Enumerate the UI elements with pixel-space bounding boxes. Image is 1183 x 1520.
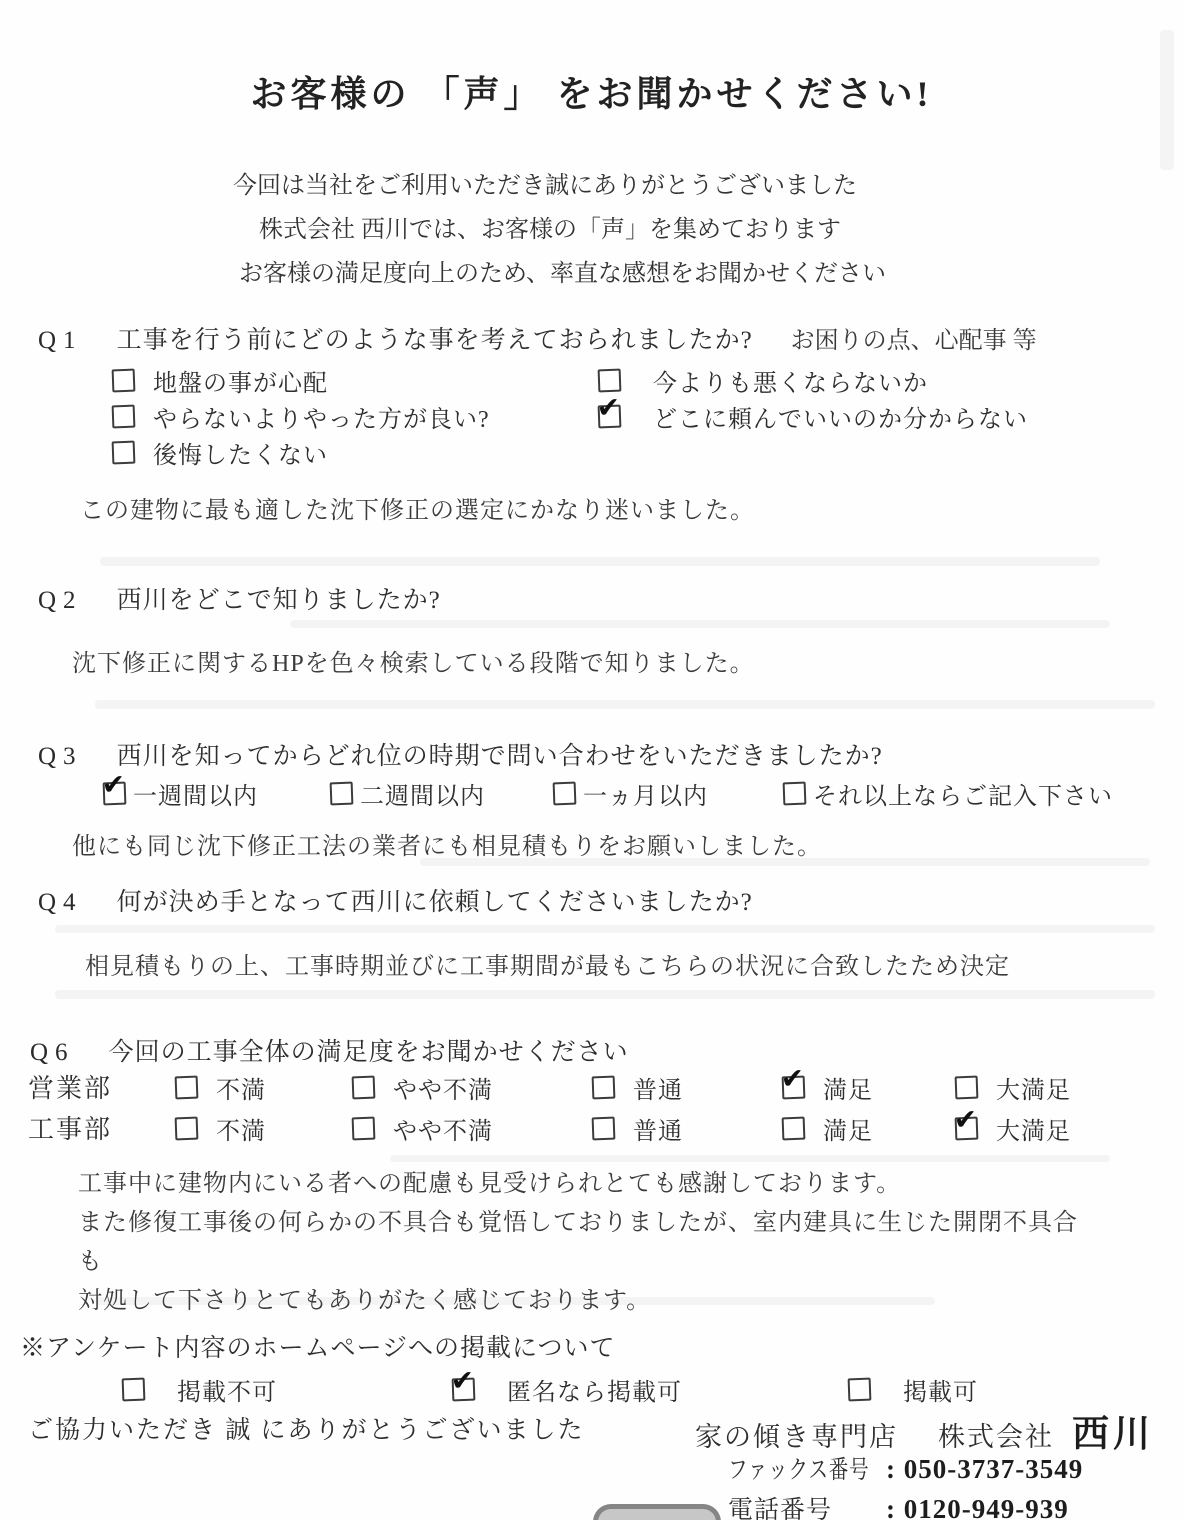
q2-answer: 沈下修正に関するHPを色々検索している段階で知りました。 bbox=[72, 643, 755, 678]
q6-construction-option-neutral: 普通 bbox=[592, 1111, 683, 1146]
q3-option-within-1-week: ✔ 一週間以内 bbox=[103, 776, 258, 811]
q6-construction-option-somewhat-dissatisfied: やや不満 bbox=[352, 1111, 493, 1146]
tel-row: 電話番号 : 0120-949-939 bbox=[728, 1490, 1158, 1520]
q3-question: 西川を知ってからどれ位の時期で問い合わせをいただきましたか? bbox=[117, 743, 883, 770]
q2-header: Q2西川をどこで知りましたか? bbox=[38, 580, 441, 616]
q6-label: Q6 bbox=[30, 1039, 75, 1066]
scan-artifact bbox=[390, 1155, 1110, 1162]
option-label: 不満 bbox=[216, 1070, 266, 1105]
intro-line-2: 株式会社 西川では、お客様の「声」を集めております bbox=[259, 208, 886, 252]
checkbox[interactable] bbox=[352, 1117, 376, 1141]
q3-option-within-1-month: 一ヵ月以内 bbox=[553, 776, 708, 811]
q6-construction-option-very-satisfied: ✔ 大満足 bbox=[955, 1111, 1071, 1146]
company-name: 西川 bbox=[1072, 1403, 1154, 1457]
option-label: どこに頼んでいいのか分からない bbox=[653, 399, 1028, 434]
q4-header: Q4何が決め手となって西川に依頼してくださいましたか? bbox=[38, 882, 753, 918]
q4-question: 何が決め手となって西川に依頼してくださいましたか? bbox=[117, 889, 753, 916]
q1-question: 工事を行う前にどのような事を考えておられましたか? bbox=[117, 327, 753, 354]
checkbox[interactable] bbox=[112, 369, 136, 393]
checkbox[interactable] bbox=[112, 441, 136, 465]
q6-header: Q6今回の工事全体の満足度をお聞かせください bbox=[30, 1032, 629, 1068]
checkbox[interactable] bbox=[553, 782, 577, 806]
checkbox[interactable] bbox=[112, 405, 136, 429]
q1-option-better-to-do: やらないよりやった方が良い? bbox=[112, 399, 490, 434]
q6-construction-option-dissatisfied: 不満 bbox=[175, 1111, 266, 1146]
thanks-message: ご協力いただき 誠 にありがとうございました bbox=[28, 1410, 585, 1446]
q6-dept-label: 営業部 bbox=[28, 1068, 112, 1105]
q6-sales-option-somewhat-dissatisfied: やや不満 bbox=[352, 1070, 493, 1105]
checkbox[interactable] bbox=[122, 1378, 146, 1402]
q6-comment: 工事中に建物内にいる者への配慮も見受けられとても感謝しております。 また修復工事… bbox=[78, 1165, 1098, 1321]
q6-sales-option-neutral: 普通 bbox=[592, 1070, 683, 1105]
q1-option-where-to-ask: ✔ どこに頼んでいいのか分からない bbox=[598, 399, 1028, 434]
scan-artifact bbox=[95, 700, 1155, 709]
check-icon: ✔ bbox=[101, 771, 125, 800]
fax-label: ファックス番号 bbox=[728, 1450, 875, 1486]
checkbox[interactable]: ✔ bbox=[598, 405, 622, 429]
q3-label: Q3 bbox=[38, 743, 83, 770]
checkbox[interactable] bbox=[175, 1076, 199, 1100]
q3-option-within-2-weeks: 二週間以内 bbox=[330, 776, 485, 811]
publication-option-not-allowed: 掲載不可 bbox=[122, 1372, 277, 1407]
q1-label: Q1 bbox=[38, 327, 83, 354]
q1-option-no-regret: 後悔したくない bbox=[112, 435, 328, 470]
q2-label: Q2 bbox=[38, 587, 83, 614]
checkbox[interactable] bbox=[955, 1076, 979, 1100]
option-label: 満足 bbox=[823, 1111, 873, 1146]
q3-answer: 他にも同じ沈下修正工法の業者にも相見積もりをお願いしました。 bbox=[72, 826, 822, 861]
checkbox[interactable] bbox=[330, 782, 354, 806]
checkbox[interactable] bbox=[848, 1378, 872, 1402]
q6-sales-option-dissatisfied: 不満 bbox=[175, 1070, 266, 1105]
q1-answer: この建物に最も適した沈下修正の選定にかなり迷いました。 bbox=[80, 490, 755, 525]
tel-label: 電話番号 bbox=[728, 1490, 886, 1520]
option-label: 一ヵ月以内 bbox=[583, 776, 708, 811]
scan-artifact bbox=[290, 620, 1110, 628]
q4-answer: 相見積もりの上、工事時期並びに工事期間が最もこちらの状況に合致したため決定 bbox=[85, 946, 1010, 981]
scan-object-edge bbox=[593, 1504, 721, 1520]
tel-number: : 0120-949-939 bbox=[886, 1494, 1069, 1520]
q4-label: Q4 bbox=[38, 889, 83, 916]
check-icon: ✔ bbox=[780, 1065, 804, 1094]
option-label: 大満足 bbox=[996, 1111, 1071, 1146]
option-label: 掲載不可 bbox=[177, 1372, 277, 1407]
q6-construction-option-satisfied: 満足 bbox=[782, 1111, 873, 1146]
q3-header: Q3西川を知ってからどれ位の時期で問い合わせをいただきましたか? bbox=[38, 736, 883, 772]
option-label: 普通 bbox=[633, 1111, 683, 1146]
option-label: 今よりも悪くならないか bbox=[653, 363, 928, 398]
q1-header: Q1工事を行う前にどのような事を考えておられましたか?お困りの点、心配事 等 bbox=[38, 320, 1037, 356]
checkbox[interactable]: ✔ bbox=[782, 1076, 806, 1100]
checkbox[interactable] bbox=[598, 369, 622, 393]
q6-comment-line-3: 対処して下さりとてもありがたく感じております。 bbox=[78, 1282, 1098, 1321]
intro-line-1: 今回は当社をご利用いただき誠にありがとうございました bbox=[233, 164, 886, 208]
checkbox[interactable] bbox=[592, 1117, 616, 1141]
publication-option-allowed: 掲載可 bbox=[848, 1372, 978, 1407]
q6-sales-option-satisfied: ✔ 満足 bbox=[782, 1070, 873, 1105]
publication-option-anonymous-ok: ✔ 匿名なら掲載可 bbox=[452, 1372, 682, 1407]
q6-sales-option-very-satisfied: 大満足 bbox=[955, 1070, 1071, 1105]
q1-option-not-worse: 今よりも悪くならないか bbox=[598, 363, 928, 398]
check-icon: ✔ bbox=[953, 1106, 977, 1135]
checkbox[interactable]: ✔ bbox=[103, 782, 127, 806]
shop-name: 家の傾き専門店 bbox=[695, 1415, 898, 1454]
checkbox[interactable]: ✔ bbox=[452, 1378, 476, 1402]
checkbox[interactable] bbox=[782, 1117, 806, 1141]
page-title: お客様の 「声」 をお聞かせください! bbox=[0, 66, 1183, 117]
check-icon: ✔ bbox=[596, 394, 620, 423]
survey-document: お客様の 「声」 をお聞かせください! 今回は当社をご利用いただき誠にありがとう… bbox=[0, 0, 1183, 1520]
check-icon: ✔ bbox=[450, 1367, 474, 1396]
checkbox[interactable] bbox=[592, 1076, 616, 1100]
intro-line-3: お客様の満足度向上のため、率直な感想をお聞かせください bbox=[239, 252, 886, 296]
fax-number: : 050-3737-3549 bbox=[886, 1454, 1083, 1485]
option-label: 大満足 bbox=[996, 1070, 1071, 1105]
q3-option-longer: それ以上ならご記入下さい bbox=[783, 776, 1113, 811]
q6-comment-line-1: 工事中に建物内にいる者への配慮も見受けられとても感謝しております。 bbox=[78, 1165, 1098, 1204]
option-label: やや不満 bbox=[393, 1070, 493, 1105]
company-type: 株式会社 bbox=[938, 1415, 1054, 1454]
checkbox[interactable] bbox=[175, 1117, 199, 1141]
option-label: 不満 bbox=[216, 1111, 266, 1146]
option-label: 満足 bbox=[823, 1070, 873, 1105]
scan-artifact bbox=[55, 990, 1155, 999]
option-label: それ以上ならご記入下さい bbox=[813, 776, 1113, 811]
option-label: 普通 bbox=[633, 1070, 683, 1105]
checkbox[interactable]: ✔ bbox=[955, 1117, 979, 1141]
q1-hint: お困りの点、心配事 等 bbox=[791, 328, 1037, 354]
scan-artifact bbox=[100, 557, 1100, 566]
q1-option-ground: 地盤の事が心配 bbox=[112, 363, 328, 398]
option-label: 後悔したくない bbox=[153, 435, 328, 470]
q6-dept-label: 工事部 bbox=[28, 1109, 112, 1146]
company-line: 家の傾き専門店 株式会社 西川 bbox=[695, 1403, 1154, 1457]
fax-row: ファックス番号 : 050-3737-3549 bbox=[728, 1450, 1158, 1486]
option-label: 掲載可 bbox=[903, 1372, 978, 1407]
option-label: 匿名なら掲載可 bbox=[507, 1372, 682, 1407]
intro-text: 今回は当社をご利用いただき誠にありがとうございました 株式会社 西川では、お客様… bbox=[233, 164, 886, 296]
option-label: 二週間以内 bbox=[360, 776, 485, 811]
checkbox[interactable] bbox=[352, 1076, 376, 1100]
q2-question: 西川をどこで知りましたか? bbox=[117, 587, 441, 614]
option-label: やらないよりやった方が良い? bbox=[153, 399, 490, 434]
q6-comment-line-2: また修復工事後の何らかの不具合も覚悟しておりましたが、室内建具に生じた開閉不具合… bbox=[78, 1204, 1098, 1282]
scan-artifact bbox=[55, 925, 1155, 933]
publication-heading: ※アンケート内容のホームページへの掲載について bbox=[20, 1328, 616, 1364]
option-label: 一週間以内 bbox=[133, 776, 258, 811]
option-label: やや不満 bbox=[393, 1111, 493, 1146]
option-label: 地盤の事が心配 bbox=[153, 363, 328, 398]
q6-question: 今回の工事全体の満足度をお聞かせください bbox=[109, 1039, 629, 1066]
checkbox[interactable] bbox=[783, 782, 807, 806]
